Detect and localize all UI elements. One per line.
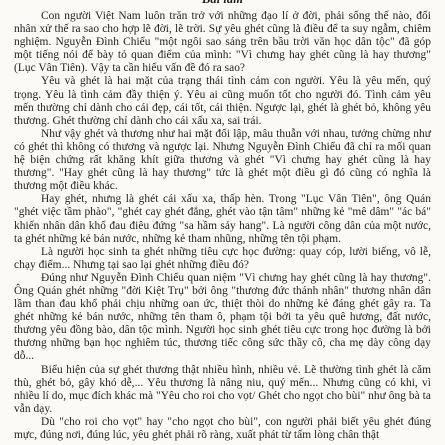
essay-paragraph: Hay ghét, nhưng là ghét cái xấu xa, thấp… xyxy=(14,193,431,245)
essay-paragraph: Biểu hiện của sự ghét thương thật nhiều … xyxy=(14,364,431,416)
scanned-book-page: Bài làm Con người Việt Nam luôn trăn trở… xyxy=(0,0,445,445)
essay-title: Bài làm xyxy=(14,0,431,6)
essay-paragraph: Là người học sinh ta ghét những tiêu cực… xyxy=(14,246,431,272)
essay-paragraph: Như vậy ghét và thương như hai mặt đối l… xyxy=(14,128,431,193)
essay-body: Con người Việt Nam luôn trăn trở với nhữ… xyxy=(14,10,431,442)
essay-paragraph-clipped: Dù "cho roi cho vọt" hay "cho ngọt cho b… xyxy=(14,416,431,442)
essay-paragraph: Đúng như Nguyễn Đình Chiểu quan niệm "Vì… xyxy=(14,272,431,364)
essay-paragraph: Yêu và ghét là hai mặt của trạng thái tì… xyxy=(14,75,431,127)
essay-paragraph: Con người Việt Nam luôn trăn trở với nhữ… xyxy=(14,10,431,75)
